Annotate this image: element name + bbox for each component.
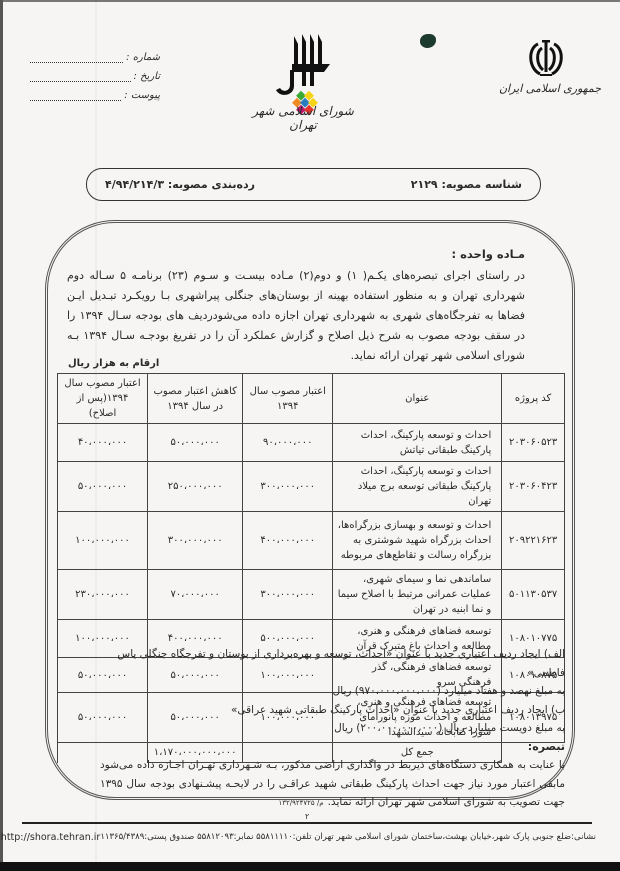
header-revised: اعتبار مصوب سال ۱۳۹۴(پس از اصلاح) <box>58 374 148 424</box>
reference-fields: شماره : تاریخ : پیوست : <box>30 44 160 101</box>
header-approved: اعتبار مصوب سال ۱۳۹۴ <box>243 374 333 424</box>
header-title: عنوان <box>333 374 502 424</box>
footer-address: نشانی:ضلع جنوبی پارک شهر،خیابان بهشت،ساخ… <box>100 832 596 843</box>
table-row: ۲۰۹۲۲۱۶۲۳ احداث و توسعه و بهسازی بزرگراه… <box>58 512 565 570</box>
scan-left-edge <box>0 0 3 871</box>
table-row: ۲۰۳۰۶۰۴۲۳ احداث و توسعه پارکینگ، احداث پ… <box>58 462 565 512</box>
ink-stamp-mark <box>420 34 436 48</box>
table-header-row: کد پروژه عنوان اعتبار مصوب سال ۱۳۹۴ کاهش… <box>58 374 565 424</box>
header-code: کد پروژه <box>502 374 565 424</box>
table-row: ۲۰۳۰۶۰۵۲۳ احداث و توسعه پارکینگ، احداث پ… <box>58 424 565 462</box>
footer: نشانی:ضلع جنوبی پارک شهر،خیابان بهشت،ساخ… <box>22 832 596 843</box>
item-a: الف) ایجاد ردیف اعتباری جدید با عنوان «ا… <box>100 645 565 701</box>
approval-classification: رده‌بندی مصوبه: ۴/۹۴/۲۱۴/۳ <box>105 178 255 191</box>
footer-url-link[interactable]: http://shora.tehran.ir <box>1 832 101 843</box>
item-b: ب) ایجاد ردیف اعتباری جدید با عنوان «احد… <box>100 701 565 738</box>
number-field: شماره : <box>30 44 160 63</box>
table-row: ۵۰۱۱۳۰۵۳۷ ساماندهی نما و سیمای شهری، عمل… <box>58 570 565 620</box>
approval-id-box: شناسه مصوبه: ۲۱۲۹ رده‌بندی مصوبه: ۴/۹۴/۲… <box>86 168 541 201</box>
attachment-field: پیوست : <box>30 82 160 101</box>
scan-bottom-edge <box>0 862 620 871</box>
table-unit-note: ارقام به هزار ریال <box>68 358 159 369</box>
scan-top-edge <box>0 0 620 2</box>
footer-divider <box>22 822 592 824</box>
date-field: تاریخ : <box>30 63 160 82</box>
page-number: ۲ <box>305 812 309 821</box>
iran-emblem-icon <box>522 38 570 80</box>
republic-name: جمهوری اسلامی ایران <box>495 82 605 95</box>
new-budget-items: الف) ایجاد ردیف اعتباری جدید با عنوان «ا… <box>100 645 565 813</box>
council-name: شورای اسلامی شهر تهران <box>248 104 358 132</box>
approval-id: شناسه مصوبه: ۲۱۲۹ <box>411 178 522 191</box>
note-body: با عنایت به همکاری دستگاه‌های ذیربط در و… <box>100 756 565 813</box>
article-body: در راستای اجرای تبصره‌های یکـم( ۱) و دوم… <box>67 266 525 366</box>
note-title: تبصره: <box>100 738 565 757</box>
article-section: مـاده واحده : در راستای اجرای تبصره‌های … <box>57 240 565 366</box>
article-title: مـاده واحده : <box>57 244 525 264</box>
reference-number: م/ ۱۳۲/۹۲۴۷۲۵ <box>278 799 323 807</box>
header-reduction: کاهش اعتبار مصوب در سال ۱۳۹۴ <box>148 374 243 424</box>
